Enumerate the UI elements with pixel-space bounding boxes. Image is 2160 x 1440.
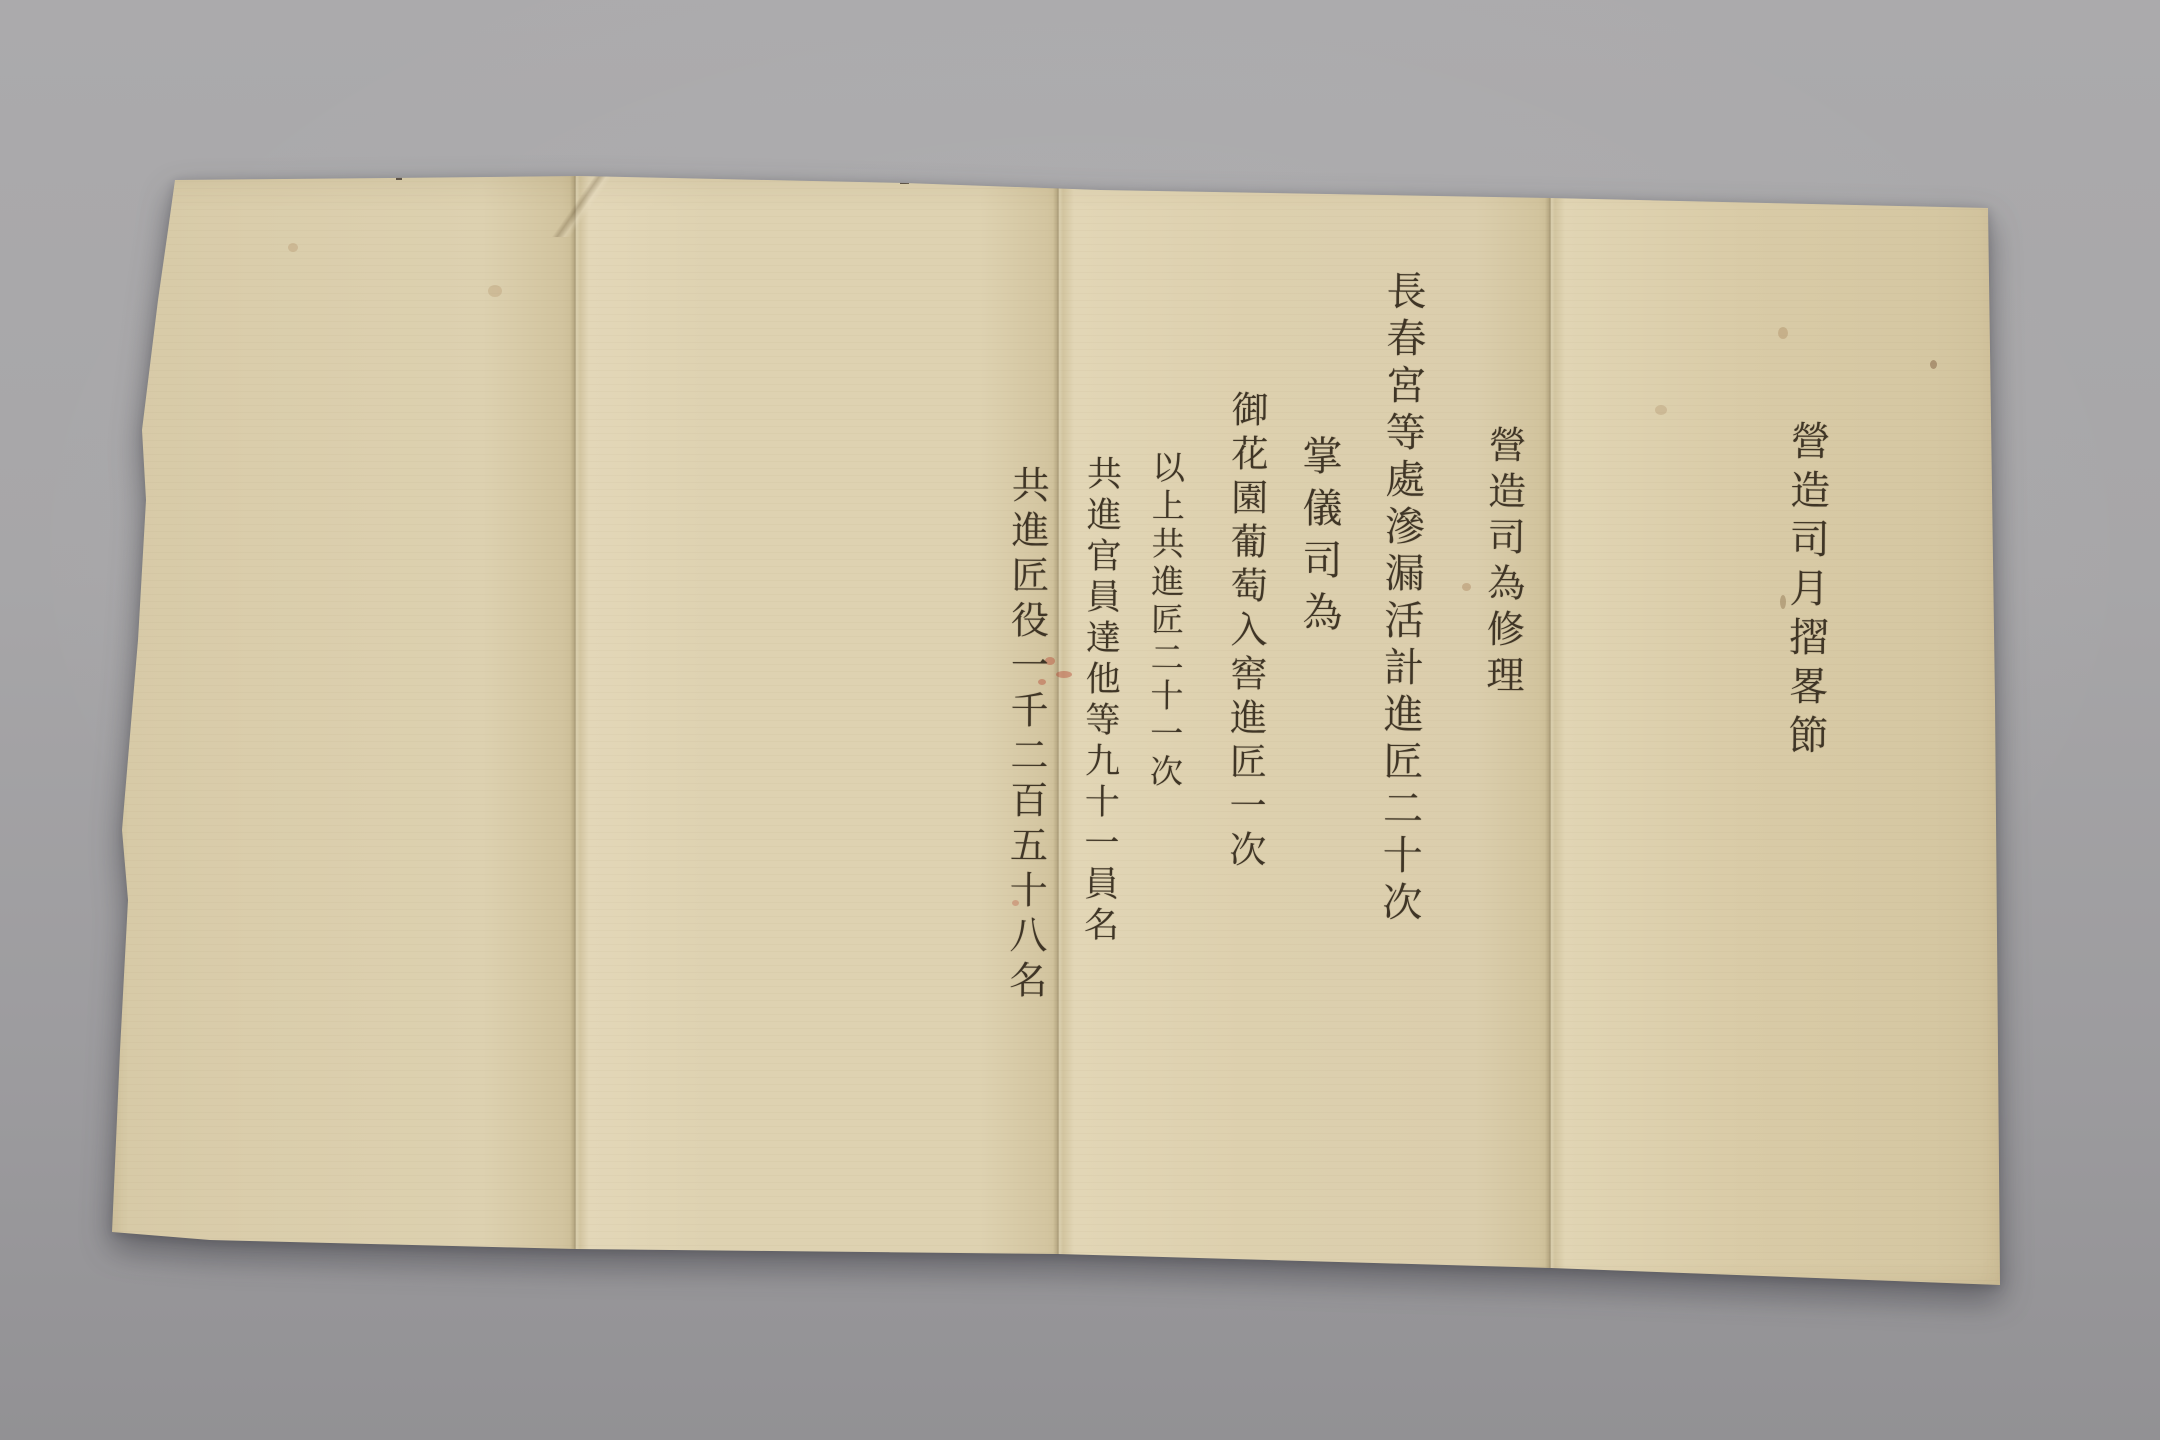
stain-spot — [1462, 583, 1471, 591]
fold-wrinkle — [552, 171, 610, 237]
stain-spot — [288, 243, 298, 252]
paper-shading — [100, 165, 2010, 1295]
edge-notch — [900, 176, 909, 184]
calligraphy-column-docket-title: 營造司月摺畧節 — [1785, 420, 1827, 763]
fold-crease-2 — [1053, 165, 1063, 1295]
calligraphy-column-yingzaosi-repair: 營造司為修理 — [1483, 425, 1523, 701]
stain-spot — [1655, 405, 1667, 415]
calligraphy-column-yuhuayuan: 御花園葡萄入窖進匠一次 — [1226, 390, 1266, 874]
calligraphy-column-zhangyisi: 掌儀司為 — [1299, 435, 1339, 643]
document-paper: 營造司月摺畧節 營造司為修理 長春宮等處滲漏活計進匠二十次 掌儀司為 御花園葡萄… — [0, 0, 2160, 1440]
stain-spot — [488, 285, 502, 297]
stain-spot — [1778, 327, 1788, 339]
calligraphy-column-total-trips: 以上共進匠二十一次 — [1148, 450, 1183, 792]
calligraphy-column-changchun-gong: 長春宮等處滲漏活計進匠二十次 — [1379, 270, 1424, 928]
photograph-backdrop: 營造司月摺畧節 營造司為修理 長春宮等處滲漏活計進匠二十次 掌儀司為 御花園葡萄… — [0, 0, 2160, 1440]
edge-notch — [396, 175, 402, 180]
calligraphy-column-workmen: 共進匠役一千二百五十八名 — [1006, 465, 1047, 1005]
calligraphy-column-officials: 共進官員達他等九十一員名 — [1080, 455, 1118, 947]
fold-crease-1 — [570, 165, 580, 1295]
fold-crease-3 — [1545, 165, 1555, 1295]
seal-mark — [1056, 671, 1072, 678]
folded-paper-sheet: 營造司月摺畧節 營造司為修理 長春宮等處滲漏活計進匠二十次 掌儀司為 御花園葡萄… — [100, 165, 2010, 1295]
stain-spot — [1930, 360, 1937, 369]
